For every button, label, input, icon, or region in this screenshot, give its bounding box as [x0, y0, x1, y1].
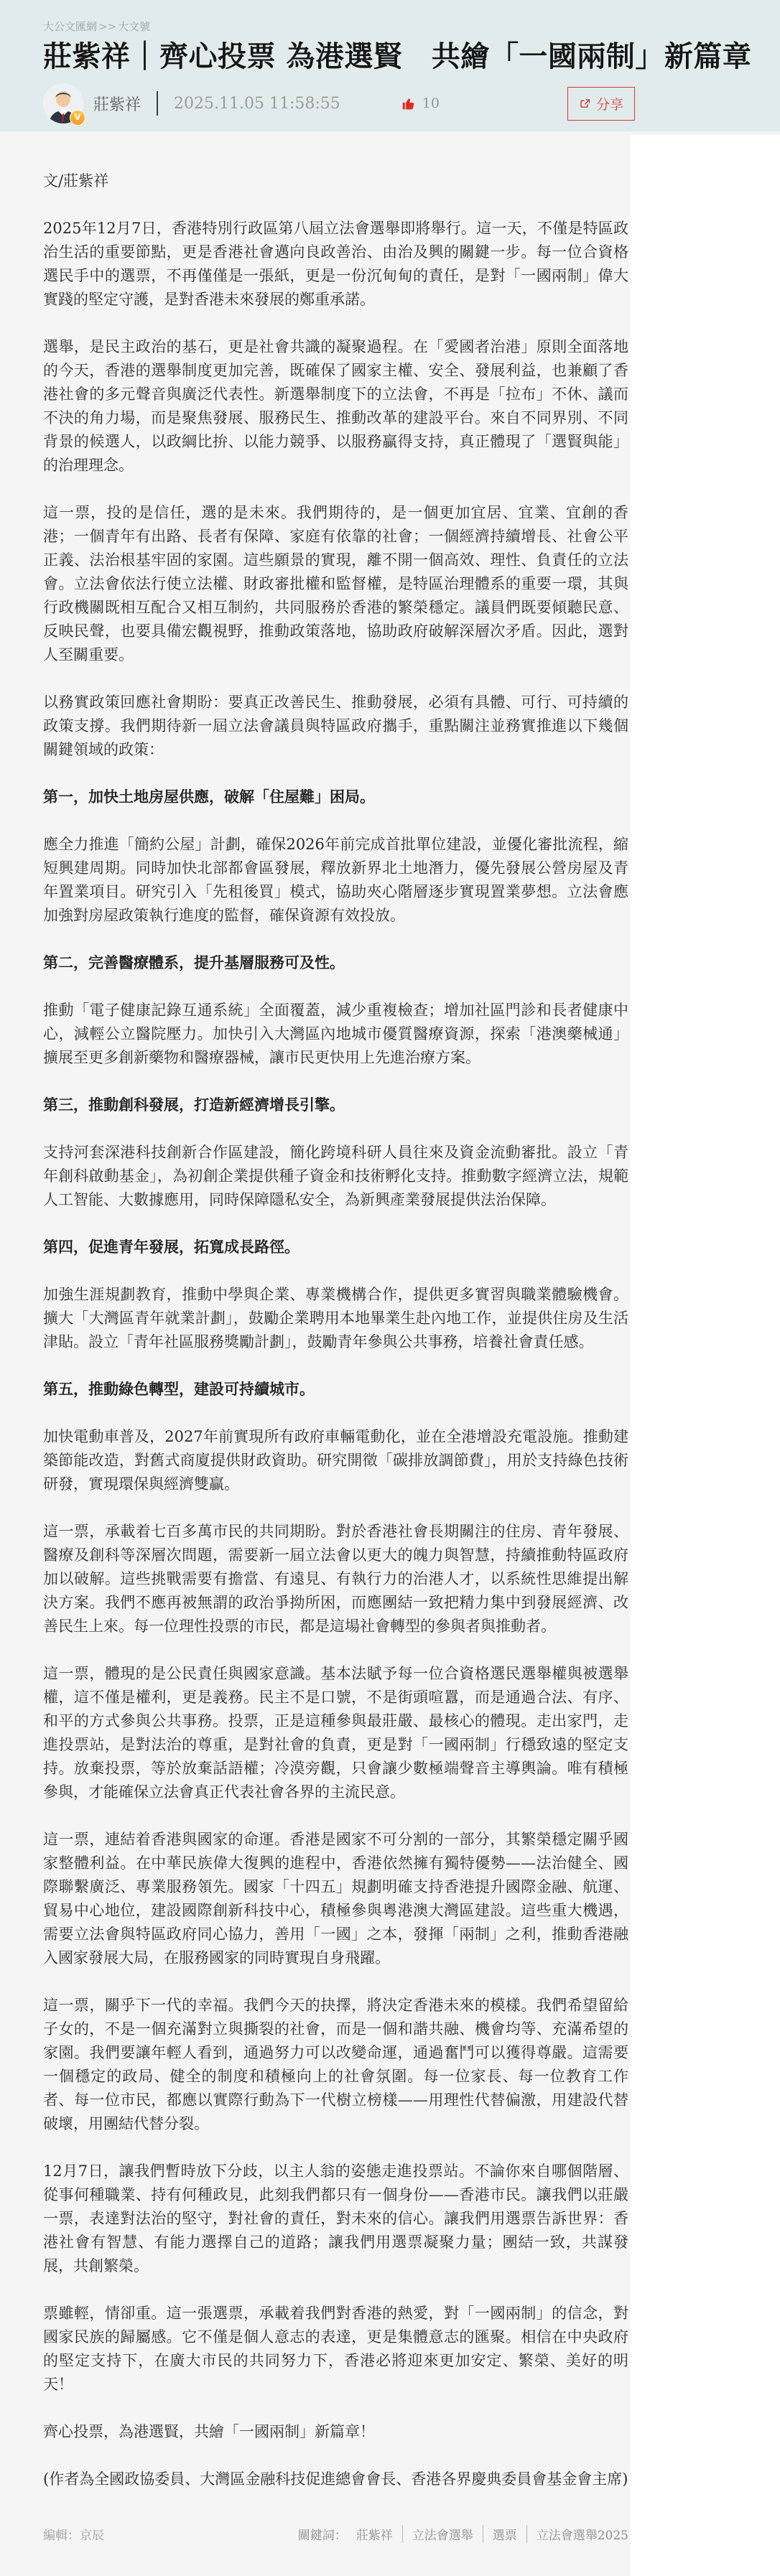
- article-paragraph: 這一票，連結着香港與國家的命運。香港是國家不可分割的一部分，其繁榮穩定關乎國家整…: [43, 1828, 628, 1970]
- keyword-link[interactable]: 選票: [483, 2525, 526, 2543]
- author-row: V 莊紫祥 2025.11.05 11:58:55 10: [43, 83, 780, 123]
- article-paragraph: 推動「電子健康記錄互通系統」全面覆蓋，減少重複檢查；增加社區門診和長者健康中心，…: [43, 999, 628, 1070]
- editor-name: 京辰: [80, 2529, 104, 2543]
- keywords-bar: 關鍵詞： 莊紫祥立法會選舉選票立法會選舉2025: [298, 2525, 628, 2543]
- like-count: 10: [422, 95, 440, 111]
- like-button[interactable]: 10: [401, 95, 440, 111]
- article-section-heading: 第三，推動創科發展，打造新經濟增長引擎。: [43, 1093, 628, 1117]
- keyword-link[interactable]: 立法會選舉: [402, 2525, 483, 2543]
- article-paragraph: 票雖輕，情卻重。這一張選票，承載着我們對香港的熱愛，對「一國兩制」的信念，對國家…: [43, 2302, 628, 2397]
- verified-badge: V: [70, 110, 85, 126]
- article-section-heading: 第一，加快土地房屋供應，破解「住屋難」困局。: [43, 785, 628, 809]
- article-paragraph: 這一票，體現的是公民責任與國家意識。基本法賦予每一位合資格選民選舉權與被選舉權，…: [43, 1662, 628, 1804]
- article-paragraph: 這一票，投的是信任，選的是未來。我們期待的，是一個更加宜居、宜業、宜創的香港；一…: [43, 501, 628, 667]
- article-content: 文/莊紫祥2025年12月7日，香港特別行政區第八屆立法會選舉即將舉行。這一天，…: [43, 131, 628, 2491]
- masthead: 大公文匯網>>大文號 莊紫祥｜齊心投票 為港選賢 共繪「一國兩制」新篇章 V 莊…: [0, 0, 780, 131]
- article-paragraph: 應全力推進「簡約公屋」計劃，確保2026年前完成首批單位建設，並優化審批流程，縮…: [43, 833, 628, 928]
- breadcrumb-site-link[interactable]: 大公文匯網: [43, 20, 97, 33]
- keywords-list: 莊紫祥立法會選舉選票立法會選舉2025: [347, 2525, 628, 2543]
- author-name[interactable]: 莊紫祥: [93, 93, 141, 115]
- breadcrumb-section-link[interactable]: 大文號: [118, 20, 150, 33]
- article-paragraph: 支持河套深港科技創新合作區建設，簡化跨境科研人員往來及資金流動審批。設立「青年創…: [43, 1141, 628, 1212]
- breadcrumb: 大公文匯網>>大文號: [43, 19, 780, 34]
- page-title: 莊紫祥｜齊心投票 為港選賢 共繪「一國兩制」新篇章: [43, 39, 780, 74]
- article-paragraph: (作者為全國政協委員、大灣區金融科技促進總會會長、香港各界慶典委員會基金會主席): [43, 2468, 628, 2491]
- article-paragraph: 12月7日，讓我們暫時放下分歧，以主人翁的姿態走進投票站。不論你來自哪個階層、從…: [43, 2160, 628, 2278]
- article-section-heading: 第四，促進青年發展，拓寬成長路徑。: [43, 1236, 628, 1259]
- author-avatar[interactable]: V: [43, 83, 83, 123]
- publish-timestamp: 2025.11.05 11:58:55: [174, 95, 340, 113]
- keyword-link[interactable]: 莊紫祥: [347, 2525, 402, 2543]
- article-paragraph: 加快電動車普及，2027年前實現所有政府車輛電動化，並在全港增設充電設施。推動建…: [43, 1425, 628, 1496]
- article-byline: 文/莊紫祥: [43, 169, 628, 193]
- article-body: 文/莊紫祥2025年12月7日，香港特別行政區第八屆立法會選舉即將舉行。這一天，…: [0, 131, 780, 2576]
- article-paragraph: 這一票，承載着七百多萬市民的共同期盼。對於香港社會長期關注的住房、青年發展、醫療…: [43, 1520, 628, 1638]
- article-footer: 編輯：京辰 關鍵詞： 莊紫祥立法會選舉選票立法會選舉2025: [43, 2515, 628, 2576]
- editor-credit: 編輯：京辰: [43, 2525, 104, 2543]
- thumbs-up-icon: [401, 96, 417, 111]
- article-section-heading: 第五，推動綠色轉型，建設可持續城市。: [43, 1378, 628, 1401]
- share-button[interactable]: 分享: [567, 87, 635, 121]
- keywords-label: 關鍵詞：: [298, 2525, 347, 2543]
- author-divider: [157, 91, 158, 116]
- share-icon: [579, 98, 591, 110]
- article-paragraph: 選舉，是民主政治的基石，更是社會共識的凝聚過程。在「愛國者治港」原則全面落地的今…: [43, 335, 628, 477]
- article-section-heading: 第二，完善醫療體系，提升基層服務可及性。: [43, 951, 628, 975]
- article-page: 大公文匯網>>大文號 莊紫祥｜齊心投票 為港選賢 共繪「一國兩制」新篇章 V 莊…: [0, 0, 780, 2576]
- right-sidebar-area: [630, 135, 780, 2576]
- keyword-link[interactable]: 立法會選舉2025: [526, 2525, 628, 2543]
- article-paragraph: 加強生涯規劃教育，推動中學與企業、專業機構合作，提供更多實習與職業體驗機會。擴大…: [43, 1283, 628, 1354]
- share-label: 分享: [596, 94, 623, 113]
- article-paragraph: 2025年12月7日，香港特別行政區第八屆立法會選舉即將舉行。這一天，不僅是特區…: [43, 217, 628, 312]
- article-paragraph: 這一票，關乎下一代的幸福。我們今天的抉擇，將決定香港未來的模樣。我們希望留給子女…: [43, 1994, 628, 2136]
- breadcrumb-separator: >>: [98, 20, 116, 33]
- article-paragraph: 齊心投票，為港選賢，共繪「一國兩制」新篇章！: [43, 2420, 628, 2444]
- article-paragraph: 以務實政策回應社會期盼：要真正改善民生、推動發展，必須有具體、可行、可持續的政策…: [43, 691, 628, 762]
- editor-label: 編輯：: [43, 2529, 80, 2543]
